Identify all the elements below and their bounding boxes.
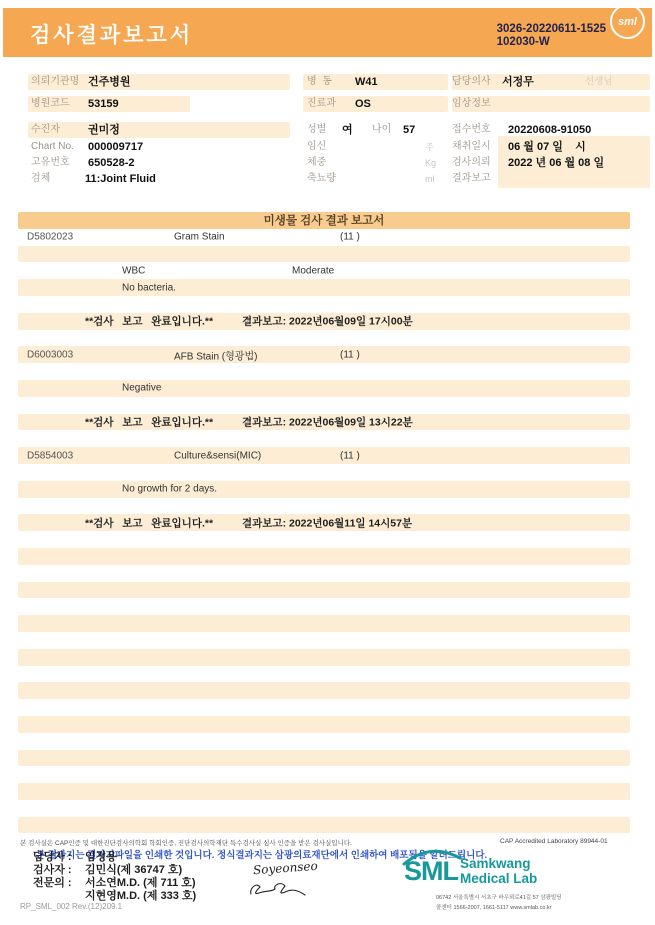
field-value: 20220608-91050 <box>508 122 591 138</box>
report-row <box>18 783 630 800</box>
sml-name-line2: Medical Lab <box>460 871 537 886</box>
field-label: 체중 <box>307 155 326 171</box>
field-value: 2022 년 06 월 08 일 <box>508 155 604 171</box>
test-name: AFB Stain (형광법) <box>174 347 257 362</box>
report-row <box>18 363 630 380</box>
field-value: 권미정 <box>88 122 120 138</box>
lab-report-page: 검사결과보고서 3026-20220611-1525 102030-W sml … <box>0 0 655 925</box>
field-label: 임신 <box>307 139 326 155</box>
report-number-block: 3026-20220611-1525 102030-W <box>497 23 606 49</box>
report-table: 미생물 검사 결과 보고서D5802023Gram Stain(11 )WBCM… <box>18 212 630 833</box>
field-pregnancy: 임신 주 <box>303 139 448 155</box>
report-number-2: 102030-W <box>497 36 606 49</box>
report-section-title: 미생물 검사 결과 보고서 <box>18 212 630 228</box>
report-row <box>18 716 630 733</box>
field-label: 수진자 <box>31 122 60 138</box>
field-label: Chart No. <box>31 139 74 155</box>
report-row <box>18 246 630 263</box>
result-name: WBC <box>122 265 145 276</box>
report-row <box>18 800 630 817</box>
signature-soyeonseo: Soyeonseo <box>253 859 319 877</box>
report-number-1: 3026-20220611-1525 <box>497 23 606 36</box>
report-row <box>18 750 630 767</box>
report-row: D6003003AFB Stain (형광법)(11 ) <box>18 346 630 363</box>
report-row <box>18 582 630 599</box>
staff-role: 검사자 : <box>33 864 85 877</box>
report-row <box>18 498 630 515</box>
field-hospital-code: 병원코드 53159 <box>28 96 190 112</box>
report-row <box>18 817 630 834</box>
field-doctor: 담당의사 서정무 선생님 <box>452 74 650 90</box>
field-unit: Kg <box>425 155 436 171</box>
field-institution: 의뢰기관명 건주병원 <box>28 74 290 90</box>
report-row: D5802023Gram Stain(11 ) <box>18 229 630 246</box>
test-flag: (11 ) <box>340 450 360 461</box>
staff-name: 김민식(제 36747 호) <box>85 864 182 876</box>
accreditation-text-kr: 본 검사실은 CAP인증 및 대한진단검사의학회 학회인증, 진단검사의학재단 … <box>20 838 352 847</box>
field-value: W41 <box>355 74 378 90</box>
accreditation-text-en: CAP Accredited Laboratory 89944-01 <box>500 838 608 845</box>
signature-scribble-icon <box>247 878 309 902</box>
field-urine-volume: 축뇨량 ml <box>303 171 448 187</box>
sml-address-line2: 콜센터 1566-2007, 1661-5117 www.smlab.co.kr <box>436 903 552 911</box>
doctor-suffix: 선생님 <box>585 74 613 90</box>
field-value: 06 월 07 일 시 <box>508 139 586 155</box>
result-value: Moderate <box>292 265 334 276</box>
report-row: **검사 보고 완료입니다.**결과보고: 2022년06월09일 17시00분 <box>18 313 630 330</box>
staff-role: 전문의 : <box>33 877 85 890</box>
field-clinical-info: 임상정보 <box>452 96 650 112</box>
report-row <box>18 615 630 632</box>
field-report-date: 결과보고 <box>452 171 650 187</box>
age-label: 나이 <box>372 122 391 138</box>
staff-name: 서소연M.D. (제 711 호) <box>85 877 196 889</box>
field-sex-age: 성별 여 나이 57 <box>303 122 448 138</box>
field-label: 채취일시 <box>452 139 491 155</box>
field-collection-date: 채취일시 06 월 07 일 시 <box>452 139 650 155</box>
field-request-date: 검사의뢰 2022 년 06 월 08 일 <box>452 155 650 171</box>
report-row: **검사 보고 완료입니다.**결과보고: 2022년06월09일 13시22분 <box>18 414 630 431</box>
field-weight: 체중 Kg <box>303 155 448 171</box>
report-row <box>18 733 630 750</box>
sml-address-line1: 06742 서울특별시 서초구 바우뫼로41길 57 삼광빌딩 <box>436 893 562 901</box>
report-row: WBCModerate <box>18 262 630 279</box>
field-label: 축뇨량 <box>307 171 336 187</box>
sml-mark: SML <box>404 858 458 885</box>
field-label: 병원코드 <box>31 96 70 112</box>
field-label: 고유번호 <box>31 155 70 171</box>
sml-footer-logo: SML Samkwang Medical Lab 06742 서울특별시 서초구… <box>404 856 644 918</box>
field-unique-no: 고유번호 650528-2 <box>28 155 290 171</box>
report-row <box>18 598 630 615</box>
report-row <box>18 682 630 699</box>
result-name: No growth for 2 days. <box>122 484 217 495</box>
report-row <box>18 296 630 313</box>
field-label: 접수번호 <box>452 122 491 138</box>
result-name: No bacteria. <box>122 282 176 293</box>
document-code: RP_SML_002 Rev.(12)209.1 <box>20 902 122 911</box>
report-row <box>18 464 630 481</box>
field-value: 53159 <box>88 96 119 112</box>
report-row <box>18 330 630 347</box>
field-label: 병 동 <box>307 74 332 90</box>
field-unit: 주 <box>425 139 434 155</box>
field-patient-name: 수진자 권미정 <box>28 122 290 138</box>
sex-label: 성별 <box>307 122 326 138</box>
report-row <box>18 766 630 783</box>
field-unit: ml <box>425 171 435 187</box>
test-code: D6003003 <box>27 349 73 360</box>
report-row: No bacteria. <box>18 279 630 296</box>
test-name: Culture&sensi(MIC) <box>174 450 261 461</box>
field-label: 검사의뢰 <box>452 155 491 171</box>
field-value: 11:Joint Fluid <box>85 171 156 187</box>
report-row: Negative <box>18 380 630 397</box>
field-chart-no: Chart No. 000009717 <box>28 139 290 155</box>
test-flag: (11 ) <box>340 349 360 360</box>
field-label: 검체 <box>31 171 50 187</box>
report-row: No growth for 2 days. <box>18 481 630 498</box>
staff-name: 지현영M.D. (제 333 호) <box>85 890 196 902</box>
result-name: Negative <box>122 383 161 394</box>
field-label: 임상정보 <box>452 96 491 112</box>
report-row <box>18 649 630 666</box>
age-value: 57 <box>403 122 415 138</box>
report-row <box>18 430 630 447</box>
test-name: Gram Stain <box>174 232 225 243</box>
sex-value: 여 <box>342 122 353 138</box>
test-flag: (11 ) <box>340 232 360 243</box>
field-value: 서정무 <box>502 74 534 90</box>
complete-date: 결과보고: 2022년06월11일 14시57분 <box>242 515 412 530</box>
complete-message: **검사 보고 완료입니다.** <box>85 314 213 329</box>
sml-logo-text: sml <box>618 16 637 28</box>
report-row <box>18 397 630 414</box>
page-title: 검사결과보고서 <box>30 19 193 49</box>
field-value: 650528-2 <box>88 155 135 171</box>
staff-role: 담당자 : <box>33 851 85 864</box>
report-row <box>18 632 630 649</box>
test-code: D5854003 <box>27 450 73 461</box>
field-ward: 병 동 W41 <box>303 74 448 90</box>
report-row: **검사 보고 완료입니다.**결과보고: 2022년06월11일 14시57분 <box>18 514 630 531</box>
field-specimen: 검체 11:Joint Fluid <box>28 171 290 187</box>
field-label: 의뢰기관명 <box>31 74 79 90</box>
field-department: 진료과 OS <box>303 96 448 112</box>
field-label: 진료과 <box>307 96 336 112</box>
complete-message: **검사 보고 완료입니다.** <box>85 414 213 429</box>
report-header: 검사결과보고서 3026-20220611-1525 102030-W sml <box>3 8 652 57</box>
field-value: OS <box>355 96 371 112</box>
sml-circle-logo-icon: sml <box>610 4 645 39</box>
staff-name: 임정용 <box>85 851 117 863</box>
field-value: 건주병원 <box>88 74 131 90</box>
staff-line-specialist-1: 전문의 :서소연M.D. (제 711 호) <box>33 877 196 890</box>
complete-date: 결과보고: 2022년06월09일 13시22분 <box>242 414 413 429</box>
report-row <box>18 548 630 565</box>
report-row <box>18 699 630 716</box>
report-row: D5854003Culture&sensi(MIC)(11 ) <box>18 447 630 464</box>
report-row <box>18 565 630 582</box>
report-section-title-row: 미생물 검사 결과 보고서 <box>18 212 630 229</box>
staff-line-tester: 검사자 :김민식(제 36747 호) <box>33 864 196 877</box>
field-label: 담당의사 <box>452 74 491 90</box>
field-value: 000009717 <box>88 139 143 155</box>
staff-line-manager: 담당자 :임정용 <box>33 851 196 864</box>
field-label: 결과보고 <box>452 171 491 187</box>
report-row <box>18 531 630 548</box>
complete-date: 결과보고: 2022년06월09일 17시00분 <box>242 314 413 329</box>
report-row <box>18 666 630 683</box>
complete-message: **검사 보고 완료입니다.** <box>85 515 213 530</box>
sml-name-line1: Samkwang <box>460 856 531 871</box>
test-code: D5802023 <box>27 232 73 243</box>
field-receipt-no: 접수번호 20220608-91050 <box>452 122 650 138</box>
staff-block: 담당자 :임정용 검사자 :김민식(제 36747 호) 전문의 :서소연M.D… <box>33 851 196 903</box>
